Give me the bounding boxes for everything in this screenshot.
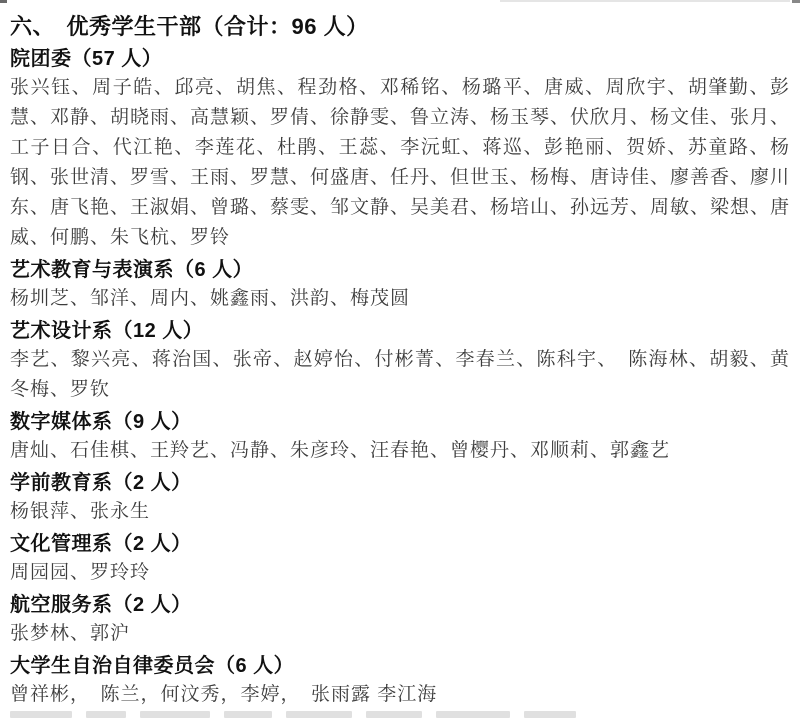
section-name-list: 周园园、罗玲玲 [10,558,790,588]
section-name-list: 唐灿、石佳棋、王羚艺、冯静、朱彦玲、汪春艳、曾樱丹、邓顺莉、郭鑫艺 [10,436,790,466]
page-title: 六、 优秀学生干部（合计：96 人） [10,12,790,42]
section-art-design: 艺术设计系（12 人） 李艺、黎兴亮、蒋治国、张帝、赵婷怡、付彬菁、李春兰、陈科… [10,318,790,405]
section-name-list: 杨银萍、张永生 [10,497,790,527]
section-name-list: 曾祥彬， 陈兰，何汶秀，李婷， 张雨露 李江海 [10,680,790,710]
section-self-governance-committee: 大学生自治自律委员会（6 人） 曾祥彬， 陈兰，何汶秀，李婷， 张雨露 李江海 [10,653,790,710]
section-heading: 航空服务系（2 人） [10,592,790,619]
section-heading: 大学生自治自律委员会（6 人） [10,653,790,680]
section-name-list: 杨圳芝、邹洋、周内、姚鑫雨、洪韵、梅茂圆 [10,284,790,314]
section-yuantuanwei: 院团委（57 人） 张兴钰、周子皓、邱亮、胡焦、程劲格、邓稀铭、杨璐平、唐威、周… [10,46,790,253]
cropped-text-artifact-bottom [10,711,576,718]
section-heading: 学前教育系（2 人） [10,470,790,497]
section-preschool-education: 学前教育系（2 人） 杨银萍、张永生 [10,470,790,527]
document-page: 六、 优秀学生干部（合计：96 人） 院团委（57 人） 张兴钰、周子皓、邱亮、… [0,0,800,710]
section-name-list: 李艺、黎兴亮、蒋治国、张帝、赵婷怡、付彬菁、李春兰、陈科宇、 陈海林、胡毅、黄冬… [10,345,790,405]
section-name-list: 张梦林、郭沪 [10,619,790,649]
section-name-list: 张兴钰、周子皓、邱亮、胡焦、程劲格、邓稀铭、杨璐平、唐威、周欣宇、胡肇勤、彭慧、… [10,73,790,253]
section-heading: 院团委（57 人） [10,46,790,73]
section-art-education-performance: 艺术教育与表演系（6 人） 杨圳芝、邹洋、周内、姚鑫雨、洪韵、梅茂圆 [10,257,790,314]
section-heading: 艺术教育与表演系（6 人） [10,257,790,284]
section-aviation-service: 航空服务系（2 人） 张梦林、郭沪 [10,592,790,649]
section-heading: 文化管理系（2 人） [10,531,790,558]
section-heading: 数字媒体系（9 人） [10,409,790,436]
section-digital-media: 数字媒体系（9 人） 唐灿、石佳棋、王羚艺、冯静、朱彦玲、汪春艳、曾樱丹、邓顺莉… [10,409,790,466]
section-heading: 艺术设计系（12 人） [10,318,790,345]
section-culture-management: 文化管理系（2 人） 周园园、罗玲玲 [10,531,790,588]
